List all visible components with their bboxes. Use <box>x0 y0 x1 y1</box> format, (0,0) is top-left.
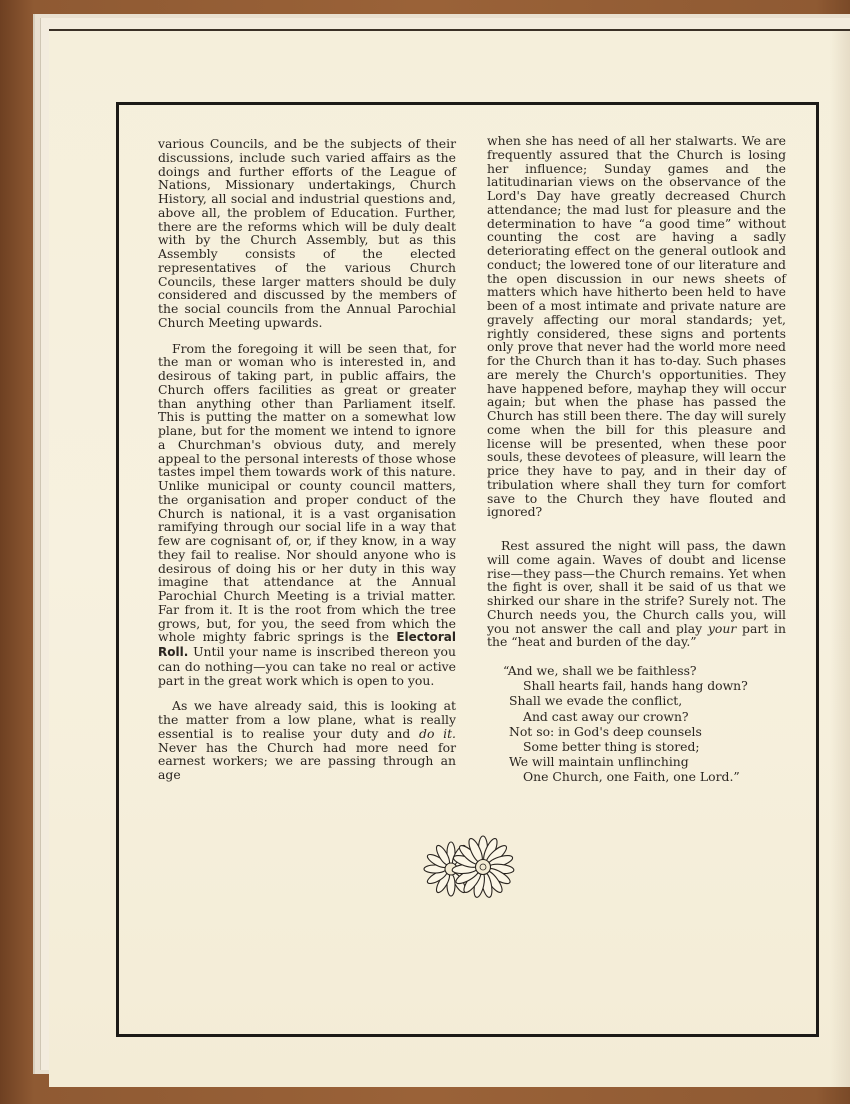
poem-line: Shall we evade the conflict, <box>509 693 786 708</box>
poem-quote: “And we, shall we be faithless? Shall he… <box>509 663 786 785</box>
paragraph: From the foregoing it will be seen that,… <box>158 342 456 688</box>
poem-line: Some better thing is stored; <box>509 739 786 754</box>
italic-emphasis: do it. <box>419 726 456 741</box>
poem-line: “And we, shall we be faithless? <box>503 663 786 678</box>
text-run: From the foregoing it will be seen that,… <box>158 341 456 645</box>
document-page: various Councils, and be the subjects of… <box>49 29 850 1087</box>
left-column: various Councils, and be the subjects of… <box>158 137 456 794</box>
poem-line: And cast away our crown? <box>509 709 786 724</box>
italic-emphasis: your <box>708 621 736 636</box>
text-run: Never has the Church had more need for e… <box>158 740 456 783</box>
paragraph: Rest assured the night will pass, the da… <box>487 539 786 649</box>
poem-line: Shall hearts fail, hands hang down? <box>509 678 786 693</box>
poem-line: We will maintain unflinching <box>509 754 786 769</box>
paragraph: when she has need of all her stalwarts. … <box>487 134 786 519</box>
poem-line: One Church, one Faith, one Lord.” <box>509 769 786 784</box>
paragraph: As we have already said, this is looking… <box>158 699 456 782</box>
text-run: Until your name is inscribed thereon you… <box>158 644 456 688</box>
right-column: when she has need of all her stalwarts. … <box>487 134 786 785</box>
text-run: As we have already said, this is looking… <box>158 698 456 741</box>
daisy-flowers-icon <box>421 831 521 901</box>
paragraph: various Councils, and be the subjects of… <box>158 137 456 330</box>
poem-line: Not so: in God's deep counsels <box>509 724 786 739</box>
